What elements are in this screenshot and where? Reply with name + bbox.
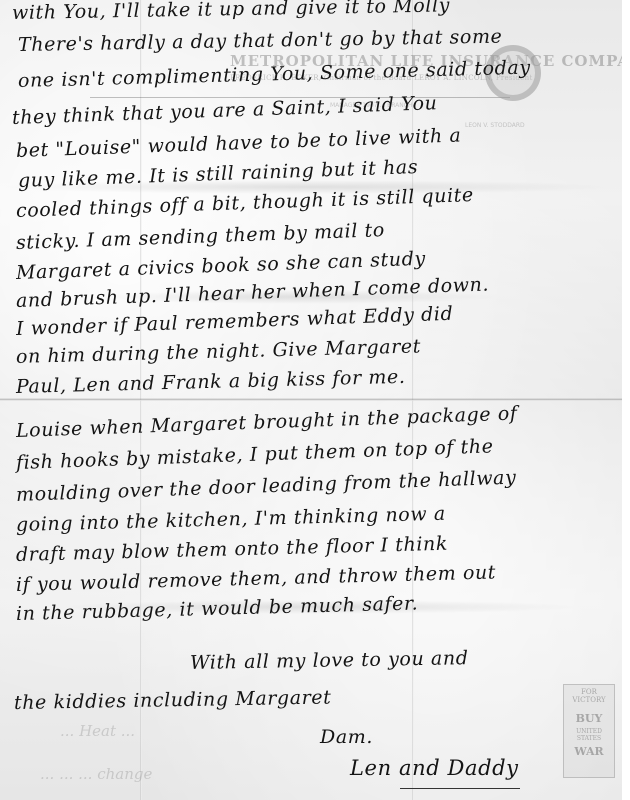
letter-line: going into the kitchen, I'm thinking now… bbox=[16, 503, 446, 536]
stamp-line: UNITED STATES bbox=[564, 728, 614, 742]
letter-page: METROPOLITAN LIFE INSURANCE COMPANY FRED… bbox=[0, 0, 622, 800]
closing-line: With all my love to you and bbox=[190, 647, 469, 674]
fold-crease bbox=[0, 398, 622, 401]
letterhead-side-right: LEON V. STODDARD bbox=[465, 122, 525, 129]
letter-line: Paul, Len and Frank a big kiss for me. bbox=[16, 366, 406, 398]
signature-underline bbox=[400, 788, 520, 789]
letter-line: in the rubbage, it would be much safer. bbox=[16, 592, 419, 625]
letter-line: sticky. I am sending them by mail to bbox=[16, 219, 386, 254]
letter-line: fish hooks by mistake, I put them on top… bbox=[16, 435, 494, 474]
letter-line: draft may blow them onto the floor I thi… bbox=[16, 533, 448, 566]
bleed-through-text: ... ... ... change bbox=[40, 765, 152, 783]
letter-line: on him during the night. Give Margaret bbox=[16, 335, 421, 368]
letter-line: moulding over the door leading from the … bbox=[16, 467, 517, 506]
signature-line: Dam. bbox=[320, 726, 373, 748]
closing-line: the kiddies including Margaret bbox=[14, 686, 332, 714]
letter-line: if you would remove them, and throw them… bbox=[16, 561, 497, 596]
stamp-line: BUY bbox=[564, 712, 614, 725]
war-bond-stamp: FOR VICTORY BUY UNITED STATES WAR bbox=[563, 684, 615, 778]
signature: Len and Daddy bbox=[350, 756, 519, 780]
letter-line: with You, I'll take it up and give it to… bbox=[12, 0, 450, 24]
bleed-through-text: ... Heat ... bbox=[60, 722, 135, 740]
stamp-line: FOR VICTORY bbox=[564, 688, 614, 704]
stamp-line: WAR bbox=[564, 745, 614, 758]
letter-line: Louise when Margaret brought in the pack… bbox=[16, 402, 518, 441]
